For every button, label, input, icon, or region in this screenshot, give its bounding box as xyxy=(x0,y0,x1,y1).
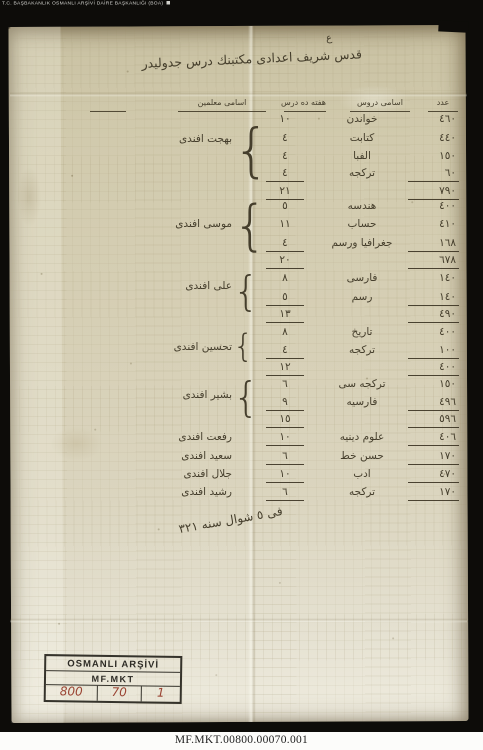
lesson-name: علوم دينيه xyxy=(330,431,394,445)
lesson-name: تركجه سى xyxy=(330,378,394,392)
column-header: عدد xyxy=(428,95,458,112)
lesson-name: حساب xyxy=(330,218,394,232)
lesson-name: تركجه xyxy=(330,167,394,181)
weekly-count: ٨ xyxy=(266,272,304,286)
students-total: ٦٠ xyxy=(408,167,459,182)
weekly-count: ١٣ xyxy=(266,308,304,323)
weekly-count: ٦ xyxy=(266,378,304,392)
students-total: ٤١٠ xyxy=(408,218,459,232)
weekly-count: ٢٠ xyxy=(266,254,304,269)
top-annotation-mark: ع xyxy=(325,33,332,45)
lesson-name: الفبا xyxy=(330,150,394,164)
group-brace: { xyxy=(233,328,247,364)
lesson-name: فارسيه xyxy=(330,396,394,410)
teacher-name: سعيد افندى xyxy=(118,450,232,464)
students-total: ٤٠٠ xyxy=(408,361,459,376)
students-total: ١٧٠ xyxy=(408,450,459,465)
signature-mark: فى ٥ شوال سنه ٣٢١ xyxy=(178,504,284,536)
stamp-cell-dosya: 70 xyxy=(98,685,142,701)
weekly-count: ٥ xyxy=(266,200,304,214)
group-brace: { xyxy=(233,196,247,256)
weekly-count: ١٢ xyxy=(266,361,304,376)
students-total: ١٥٠ xyxy=(408,150,459,164)
students-total: ٧٩٠ xyxy=(408,185,459,200)
document-title: قدس شريف اعدادى مكتبنك درس جدوليدر xyxy=(148,46,362,70)
students-total: ٥٩٦ xyxy=(408,413,459,428)
group-brace: { xyxy=(233,268,247,314)
students-total: ٤٤٠ xyxy=(408,132,459,146)
students-total: ١٠٠ xyxy=(408,344,459,359)
students-total: ٤٠٦ xyxy=(408,431,459,446)
students-total: ٤٩٦ xyxy=(408,396,459,411)
lesson-name: فارسى xyxy=(330,272,394,286)
handwritten-content: ع قدس شريف اعدادى مكتبنك درس جدوليدر اسا… xyxy=(0,0,483,750)
stamp-cell-fond: 800 xyxy=(46,685,98,701)
lesson-name: هندسه xyxy=(330,200,394,214)
weekly-count: ٤ xyxy=(266,344,304,359)
stamp-number-cells: 800 70 1 xyxy=(46,685,180,702)
weekly-count: ٤ xyxy=(266,132,304,146)
lesson-name: جغرافيا ورسم xyxy=(330,237,394,251)
weekly-count: ١٠ xyxy=(266,113,304,127)
students-total: ٤٩٠ xyxy=(408,308,459,323)
students-total: ٦٧٨ xyxy=(408,254,459,269)
weekly-count: ٤ xyxy=(266,150,304,164)
students-total: ١٦٨ xyxy=(408,237,459,252)
teacher-name: بهجت افندى xyxy=(118,133,232,147)
teacher-name: موسى افندى xyxy=(118,218,232,232)
students-total: ١٧٠ xyxy=(408,486,459,501)
lesson-name: تركجه xyxy=(330,344,394,358)
weekly-count: ٩ xyxy=(266,396,304,411)
group-brace: { xyxy=(233,374,247,420)
column-header: هفته ده درس xyxy=(284,95,326,112)
weekly-count: ١١ xyxy=(266,218,304,232)
weekly-count: ١٥ xyxy=(266,413,304,428)
footer-strip: MF.MKT.00800.00070.001 xyxy=(0,732,483,750)
lesson-name: رسم xyxy=(330,291,394,305)
teacher-name: تحسين افندى xyxy=(118,341,232,355)
column-header: اسامى دروس xyxy=(350,95,410,112)
teacher-name: جلال افندى xyxy=(118,468,232,482)
weekly-count: ٢١ xyxy=(266,185,304,200)
students-total: ١٥٠ xyxy=(408,378,459,392)
teacher-name: بشير افندى xyxy=(118,389,232,403)
weekly-count: ٤ xyxy=(266,237,304,252)
group-brace: { xyxy=(233,118,247,182)
weekly-count: ١٠ xyxy=(266,468,304,483)
students-total: ٤٠٠ xyxy=(408,200,459,214)
students-total: ٤٠٠ xyxy=(408,326,459,340)
teacher-name: رشيد افندى xyxy=(118,486,232,500)
weekly-count: ٦ xyxy=(266,486,304,501)
column-header xyxy=(90,95,126,112)
students-total: ٤٦٠ xyxy=(408,113,459,127)
catalog-reference: MF.MKT.00800.00070.001 xyxy=(0,732,483,749)
lesson-name: ادب xyxy=(330,468,394,482)
weekly-count: ١٠ xyxy=(266,431,304,446)
stamp-cell-gomlek: 1 xyxy=(141,686,179,702)
weekly-count: ٥ xyxy=(266,291,304,306)
lesson-name: تاريخ xyxy=(330,326,394,340)
lesson-name: تركجه xyxy=(330,486,394,500)
teacher-name: على افندى xyxy=(118,280,232,294)
students-total: ١٤٠ xyxy=(408,291,459,306)
weekly-count: ٤ xyxy=(266,167,304,182)
weekly-count: ٦ xyxy=(266,450,304,465)
teacher-name: رفعت افندى xyxy=(118,431,232,445)
lesson-name: خواندن xyxy=(330,113,394,127)
weekly-count: ٨ xyxy=(266,326,304,340)
students-total: ١٤٠ xyxy=(408,272,459,286)
lesson-name: حسن خط xyxy=(330,450,394,464)
students-total: ٤٧٠ xyxy=(408,468,459,483)
archive-scan: T.C. BAŞBAKANLIK OSMANLI ARŞİVİ DAİRE BA… xyxy=(0,0,483,750)
column-header: اسامى معلمين xyxy=(178,95,266,112)
lesson-name: كتابت xyxy=(330,132,394,146)
archive-stamp: OSMANLI ARŞİVİ MF.MKT 800 70 1 xyxy=(44,654,183,703)
